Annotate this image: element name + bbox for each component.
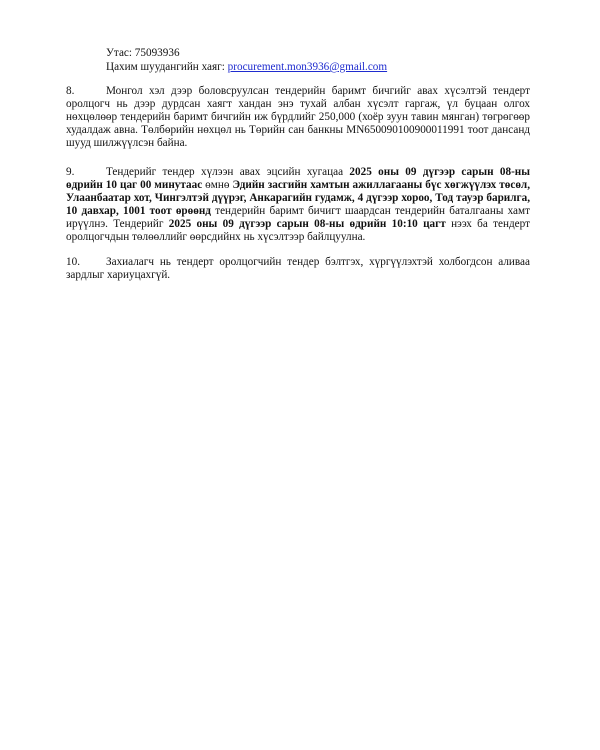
clause-number: 8.: [66, 85, 106, 98]
clause-text: өмнө: [202, 179, 232, 191]
document-page: Утас: 75093936 Цахим шуудангийн хаяг: pr…: [0, 0, 600, 750]
phone-label: Утас:: [106, 47, 135, 59]
clause-number: 9.: [66, 166, 106, 179]
email-link[interactable]: procurement.mon3936@gmail.com: [228, 61, 387, 73]
clause-9: 9.Тендерийг тендер хүлээн авах эцсийн ху…: [66, 166, 530, 244]
clause-text: Монгол хэл дээр боловсруулсан тендерийн …: [66, 85, 530, 149]
email-label: Цахим шуудангийн хаяг:: [106, 61, 228, 73]
clause-number: 10.: [66, 256, 106, 269]
clause-8: 8.Монгол хэл дээр боловсруулсан тендерий…: [66, 85, 530, 150]
phone-number: 75093936: [135, 47, 180, 59]
clause-10: 10.Захиалагч нь тендерт оролцогчийн тенд…: [66, 256, 530, 282]
phone-line: Утас: 75093936: [106, 47, 387, 61]
contact-block: Утас: 75093936 Цахим шуудангийн хаяг: pr…: [106, 47, 387, 75]
opening-time-text: 2025 оны 09 дүгээр сарын 08-ны өдрийн 10…: [169, 218, 446, 230]
clause-text: Захиалагч нь тендерт оролцогчийн тендер …: [66, 256, 530, 281]
email-line: Цахим шуудангийн хаяг: procurement.mon39…: [106, 61, 387, 75]
clause-text: Тендерийг тендер хүлээн авах эцсийн хуга…: [106, 166, 349, 178]
